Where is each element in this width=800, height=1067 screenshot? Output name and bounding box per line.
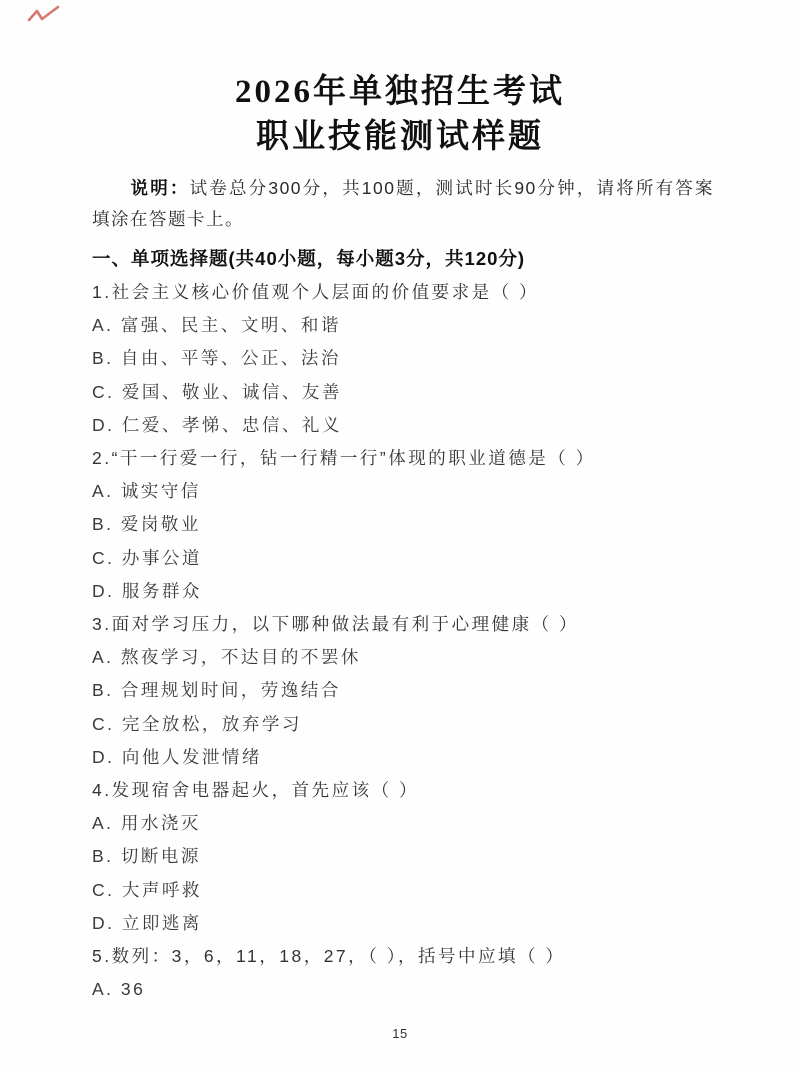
option-line: A. 诚实守信 <box>92 475 708 508</box>
option-line: A. 36 <box>92 973 708 1006</box>
option-line: D. 服务群众 <box>92 575 708 608</box>
option-line: D. 仁爱、孝悌、忠信、礼义 <box>92 409 708 442</box>
option-line: A. 富强、民主、文明、和谐 <box>92 309 708 342</box>
option-line: C. 办事公道 <box>92 542 708 575</box>
option-line: B. 爱岗敬业 <box>92 508 708 541</box>
title-line-1: 2026年单独招生考试 <box>0 70 800 115</box>
instructions-label: 说明： <box>131 178 190 198</box>
option-line: C. 完全放松，放弃学习 <box>92 708 708 741</box>
question-text: 1.社会主义核心价值观个人层面的价值要求是（ ） <box>92 276 708 309</box>
question-text: 5.数列：3，6，11，18，27，（ ），括号中应填（ ） <box>92 940 708 973</box>
option-line: D. 立即逃离 <box>92 907 708 940</box>
document-title: 2026年单独招生考试 职业技能测试样题 <box>0 0 800 160</box>
option-line: B. 切断电源 <box>92 840 708 873</box>
section-heading: 一、单项选择题(共40小题，每小题3分，共120分) <box>92 242 708 276</box>
option-line: A. 用水浇灭 <box>92 807 708 840</box>
question-4: 4.发现宿舍电器起火，首先应该（ ） A. 用水浇灭 B. 切断电源 C. 大声… <box>0 774 800 940</box>
question-2: 2.“干一行爱一行，钻一行精一行”体现的职业道德是（ ） A. 诚实守信 B. … <box>0 442 800 608</box>
red-ink-mark-icon <box>26 4 64 26</box>
question-text: 3.面对学习压力，以下哪种做法最有利于心理健康（ ） <box>92 608 708 641</box>
option-line: B. 合理规划时间，劳逸结合 <box>92 674 708 707</box>
option-line: C. 爱国、敬业、诚信、友善 <box>92 376 708 409</box>
instructions-paragraph: 说明：试卷总分300分，共100题，测试时长90分钟，请将所有答案填涂在答题卡上… <box>92 173 714 235</box>
question-1: 1.社会主义核心价值观个人层面的价值要求是（ ） A. 富强、民主、文明、和谐 … <box>0 276 800 442</box>
option-line: B. 自由、平等、公正、法治 <box>92 342 708 375</box>
option-line: C. 大声呼救 <box>92 874 708 907</box>
title-line-2: 职业技能测试样题 <box>0 115 800 160</box>
question-text: 2.“干一行爱一行，钻一行精一行”体现的职业道德是（ ） <box>92 442 708 475</box>
question-3: 3.面对学习压力，以下哪种做法最有利于心理健康（ ） A. 熬夜学习，不达目的不… <box>0 608 800 774</box>
exam-page: 2026年单独招生考试 职业技能测试样题 说明：试卷总分300分，共100题，测… <box>0 0 800 1067</box>
question-5: 5.数列：3，6，11，18，27，（ ），括号中应填（ ） A. 36 <box>0 940 800 1006</box>
option-line: A. 熬夜学习，不达目的不罢休 <box>92 641 708 674</box>
option-line: D. 向他人发泄情绪 <box>92 741 708 774</box>
page-number: 15 <box>0 1026 800 1041</box>
question-text: 4.发现宿舍电器起火，首先应该（ ） <box>92 774 708 807</box>
